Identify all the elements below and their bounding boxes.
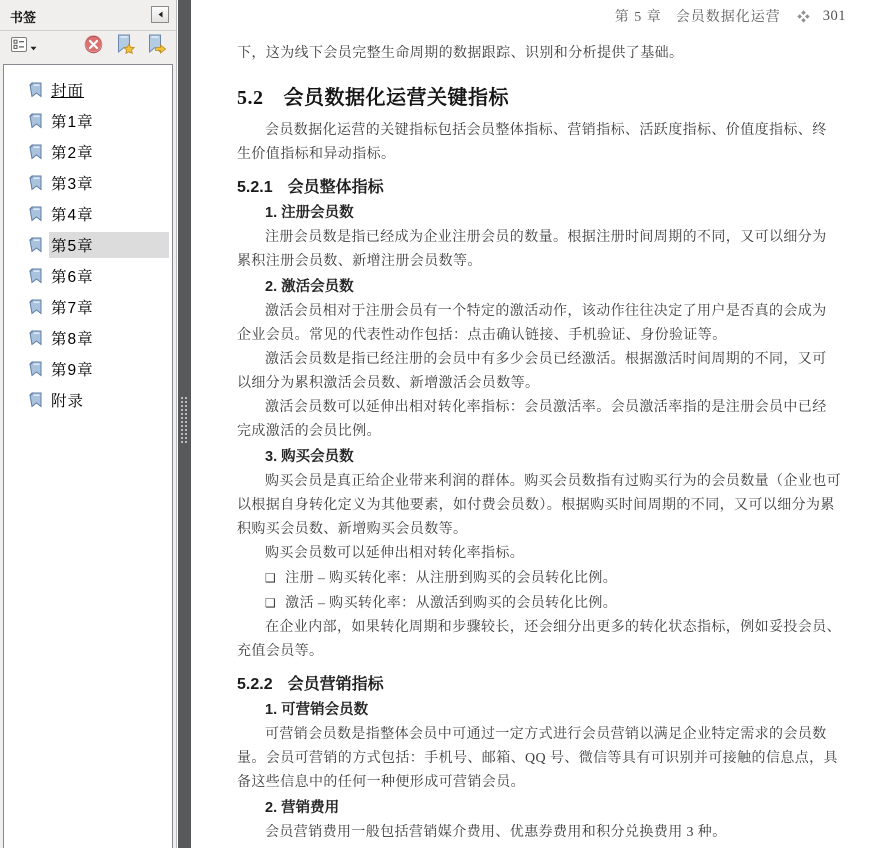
bookmark-label: 附录 — [51, 389, 84, 411]
bookmark-label: 第6章 — [51, 265, 94, 287]
bullet-item: ❑注册 – 购买转化率：从注册到购买的会员转化比例。 — [265, 566, 849, 591]
collapse-panel-button[interactable] — [151, 6, 169, 23]
numbered-subheading: 2. 激活会员数 — [265, 275, 849, 299]
bookmark-flag-icon — [29, 392, 42, 408]
bookmark-label: 第3章 — [51, 172, 94, 194]
chevron-down-icon — [30, 38, 37, 56]
new-bookmark-icon — [114, 34, 135, 59]
bullet-item: ❑激活 – 购买转化率：从激活到购买的会员转化比例。 — [265, 591, 849, 616]
bookmark-label-wrap[interactable]: 第8章 — [49, 325, 169, 351]
paragraph-line: 企业会员。常见的代表性动作包括：点击确认链接、手机验证、身份验证等。 — [237, 324, 849, 348]
header-chapter-title: 会员数据化运营 — [676, 6, 781, 26]
bookmark-label-wrap[interactable]: 第9章 — [49, 356, 169, 382]
paragraph-line: 在企业内部，如果转化周期和步骤较长，还会细分出更多的转化状态指标，例如妥投会员、 — [237, 616, 849, 640]
heading-text: 会员数据化运营关键指标 — [284, 87, 510, 109]
paragraph-line: 激活会员相对于注册会员有一个特定的激活动作，该动作往往决定了用户是否真的会成为 — [237, 300, 849, 324]
bookmark-flag-icon — [29, 237, 42, 253]
bookmark-item-第5章[interactable]: 第5章 — [4, 229, 172, 260]
bookmark-label-active[interactable]: 第5章 — [49, 232, 169, 258]
bookmark-flag-icon — [29, 144, 42, 160]
paragraph-line: 以细分为累积激活会员数、新增激活会员数等。 — [237, 372, 849, 396]
pdf-reader-window: 书签 — [0, 0, 884, 848]
delete-bookmark-icon — [84, 35, 103, 59]
bookmark-label-wrap[interactable]: 第1章 — [49, 108, 169, 134]
square-bullet-icon: ❑ — [265, 571, 276, 585]
numbered-subheading: 3. 购买会员数 — [265, 445, 849, 469]
paragraph-line: 备这些信息中的任何一种便形成可营销会员。 — [237, 771, 849, 795]
bookmarks-panel: 书签 — [0, 0, 177, 848]
paragraph-line: 下，这为线下会员完整生命周期的数据跟踪、识别和分析提供了基础。 — [237, 42, 849, 66]
bookmark-label-wrap[interactable]: 第2章 — [49, 139, 169, 165]
heading-text: 会员整体指标 — [288, 179, 384, 196]
bookmark-flag-icon — [29, 268, 42, 284]
bookmark-label: 第8章 — [51, 327, 94, 349]
bookmark-flag-icon — [29, 113, 42, 129]
bookmark-label: 第4章 — [51, 203, 94, 225]
paragraph-line: 购买会员数可以延伸出相对转化率指标。 — [237, 542, 849, 566]
bookmark-label: 第7章 — [51, 296, 94, 318]
bookmark-flag-icon — [29, 206, 42, 222]
header-chapter-label: 第 5 章 — [615, 6, 662, 26]
paragraph-line: 会员营销费用一般包括营销媒介费用、优惠券费用和积分兑换费用 3 种。 — [237, 821, 849, 845]
page-content: 下，这为线下会员完整生命周期的数据跟踪、识别和分析提供了基础。5.2会员数据化运… — [237, 42, 849, 845]
bookmark-label-wrap[interactable]: 附录 — [49, 387, 169, 413]
numbered-subheading: 1. 可营销会员数 — [265, 698, 849, 722]
bookmark-item-第9章[interactable]: 第9章 — [4, 353, 172, 384]
bookmark-item-第2章[interactable]: 第2章 — [4, 136, 172, 167]
paragraph-line: 购买会员是真正给企业带来利润的群体。购买会员数指有过购买行为的会员数量（企业也可 — [237, 470, 849, 494]
bookmarks-toolbar — [0, 31, 176, 62]
paragraph-line: 可营销会员数是指整体会员中可通过一定方式进行会员营销以满足企业特定需求的会员数 — [237, 723, 849, 747]
numbered-subheading: 1. 注册会员数 — [265, 201, 849, 225]
bookmark-arrow-icon — [145, 34, 166, 59]
bookmark-item-第6章[interactable]: 第6章 — [4, 260, 172, 291]
bookmark-flag-icon — [29, 330, 42, 346]
paragraph-line: 生价值指标和异动指标。 — [237, 143, 849, 167]
panel-splitter[interactable] — [178, 0, 191, 848]
subsection-heading: 5.2.1会员整体指标 — [237, 176, 849, 200]
section-heading: 5.2会员数据化运营关键指标 — [237, 84, 849, 112]
heading-number: 5.2 — [237, 87, 264, 109]
bookmark-item-附录[interactable]: 附录 — [4, 384, 172, 415]
bookmark-item-第7章[interactable]: 第7章 — [4, 291, 172, 322]
heading-number: 5.2.2 — [237, 676, 273, 693]
paragraph-line: 完成激活的会员比例。 — [237, 420, 849, 444]
new-bookmark-button[interactable] — [114, 37, 135, 57]
diamond-cluster-icon — [797, 10, 810, 23]
bookmark-label: 第9章 — [51, 358, 94, 380]
paragraph-line: 以根据自身转化定义为其他要素，如付费会员数）。根据购买时间周期的不同，又可以细分… — [237, 494, 849, 518]
paragraph-line: 激活会员数是指已经注册的会员中有多少会员已经激活。根据激活时间周期的不同，又可 — [237, 348, 849, 372]
document-page: 第 5 章 会员数据化运营 301 下，这为线下会员完整生命周期的数据跟踪、识别… — [191, 0, 884, 848]
heading-text: 会员营销指标 — [288, 676, 384, 693]
bookmark-flag-icon — [29, 299, 42, 315]
paragraph-line: 会员数据化运营的关键指标包括会员整体指标、营销指标、活跃度指标、价值度指标、终 — [237, 119, 849, 143]
bookmark-item-第8章[interactable]: 第8章 — [4, 322, 172, 353]
bookmark-item-第4章[interactable]: 第4章 — [4, 198, 172, 229]
paragraph-line: 充值会员等。 — [237, 640, 849, 664]
bookmarks-tree: 封面第1章第2章第3章第4章第5章第6章第7章第8章第9章附录 — [3, 64, 173, 848]
bookmark-label-wrap[interactable]: 第6章 — [49, 263, 169, 289]
paragraph-line: 注册会员数是指已经成为企业注册会员的数量。根据注册时间周期的不同，又可以细分为 — [237, 226, 849, 250]
bookmark-item-第1章[interactable]: 第1章 — [4, 105, 172, 136]
delete-bookmark-button[interactable] — [83, 37, 104, 57]
bookmark-options-button[interactable] — [8, 35, 40, 59]
running-header: 第 5 章 会员数据化运营 301 — [615, 6, 846, 26]
bookmark-arrow-button[interactable] — [145, 37, 166, 57]
bookmark-label-wrap[interactable]: 第3章 — [49, 170, 169, 196]
bookmarks-panel-header: 书签 — [0, 0, 176, 31]
bookmark-item-封面[interactable]: 封面 — [4, 74, 172, 105]
heading-number: 5.2.1 — [237, 179, 273, 196]
bookmark-flag-icon — [29, 175, 42, 191]
bookmark-label-wrap[interactable]: 第4章 — [49, 201, 169, 227]
bookmark-label: 第2章 — [51, 141, 94, 163]
paragraph-line: 激活会员数可以延伸出相对转化率指标：会员激活率。会员激活率指的是注册会员中已经 — [237, 396, 849, 420]
bookmark-label-wrap[interactable]: 封面 — [49, 77, 169, 103]
paragraph-line: 量。会员可营销的方式包括：手机号、邮箱、QQ 号、微信等具有可识别并可接触的信息… — [237, 747, 849, 771]
bullet-text: 激活 – 购买转化率：从激活到购买的会员转化比例。 — [285, 596, 617, 611]
bullet-text: 注册 – 购买转化率：从注册到购买的会员转化比例。 — [285, 571, 617, 586]
bookmark-label: 封面 — [51, 79, 84, 101]
numbered-subheading: 2. 营销费用 — [265, 796, 849, 820]
bookmark-flag-icon — [29, 361, 42, 377]
bookmark-options-menu-icon — [11, 37, 27, 57]
subsection-heading: 5.2.2会员营销指标 — [237, 673, 849, 697]
page-number: 301 — [823, 8, 846, 25]
bookmarks-panel-title: 书签 — [10, 7, 36, 26]
bookmark-label-wrap[interactable]: 第7章 — [49, 294, 169, 320]
collapse-left-icon — [157, 11, 164, 18]
bookmark-flag-icon — [29, 82, 42, 98]
bookmark-label: 第1章 — [51, 110, 94, 132]
paragraph-line: 累积注册会员数、新增注册会员数等。 — [237, 250, 849, 274]
square-bullet-icon: ❑ — [265, 596, 276, 610]
splitter-grip-handle[interactable] — [180, 396, 189, 444]
bookmark-label: 第5章 — [51, 234, 94, 256]
bookmark-item-第3章[interactable]: 第3章 — [4, 167, 172, 198]
paragraph-line: 积购买会员数、新增购买会员数等。 — [237, 518, 849, 542]
